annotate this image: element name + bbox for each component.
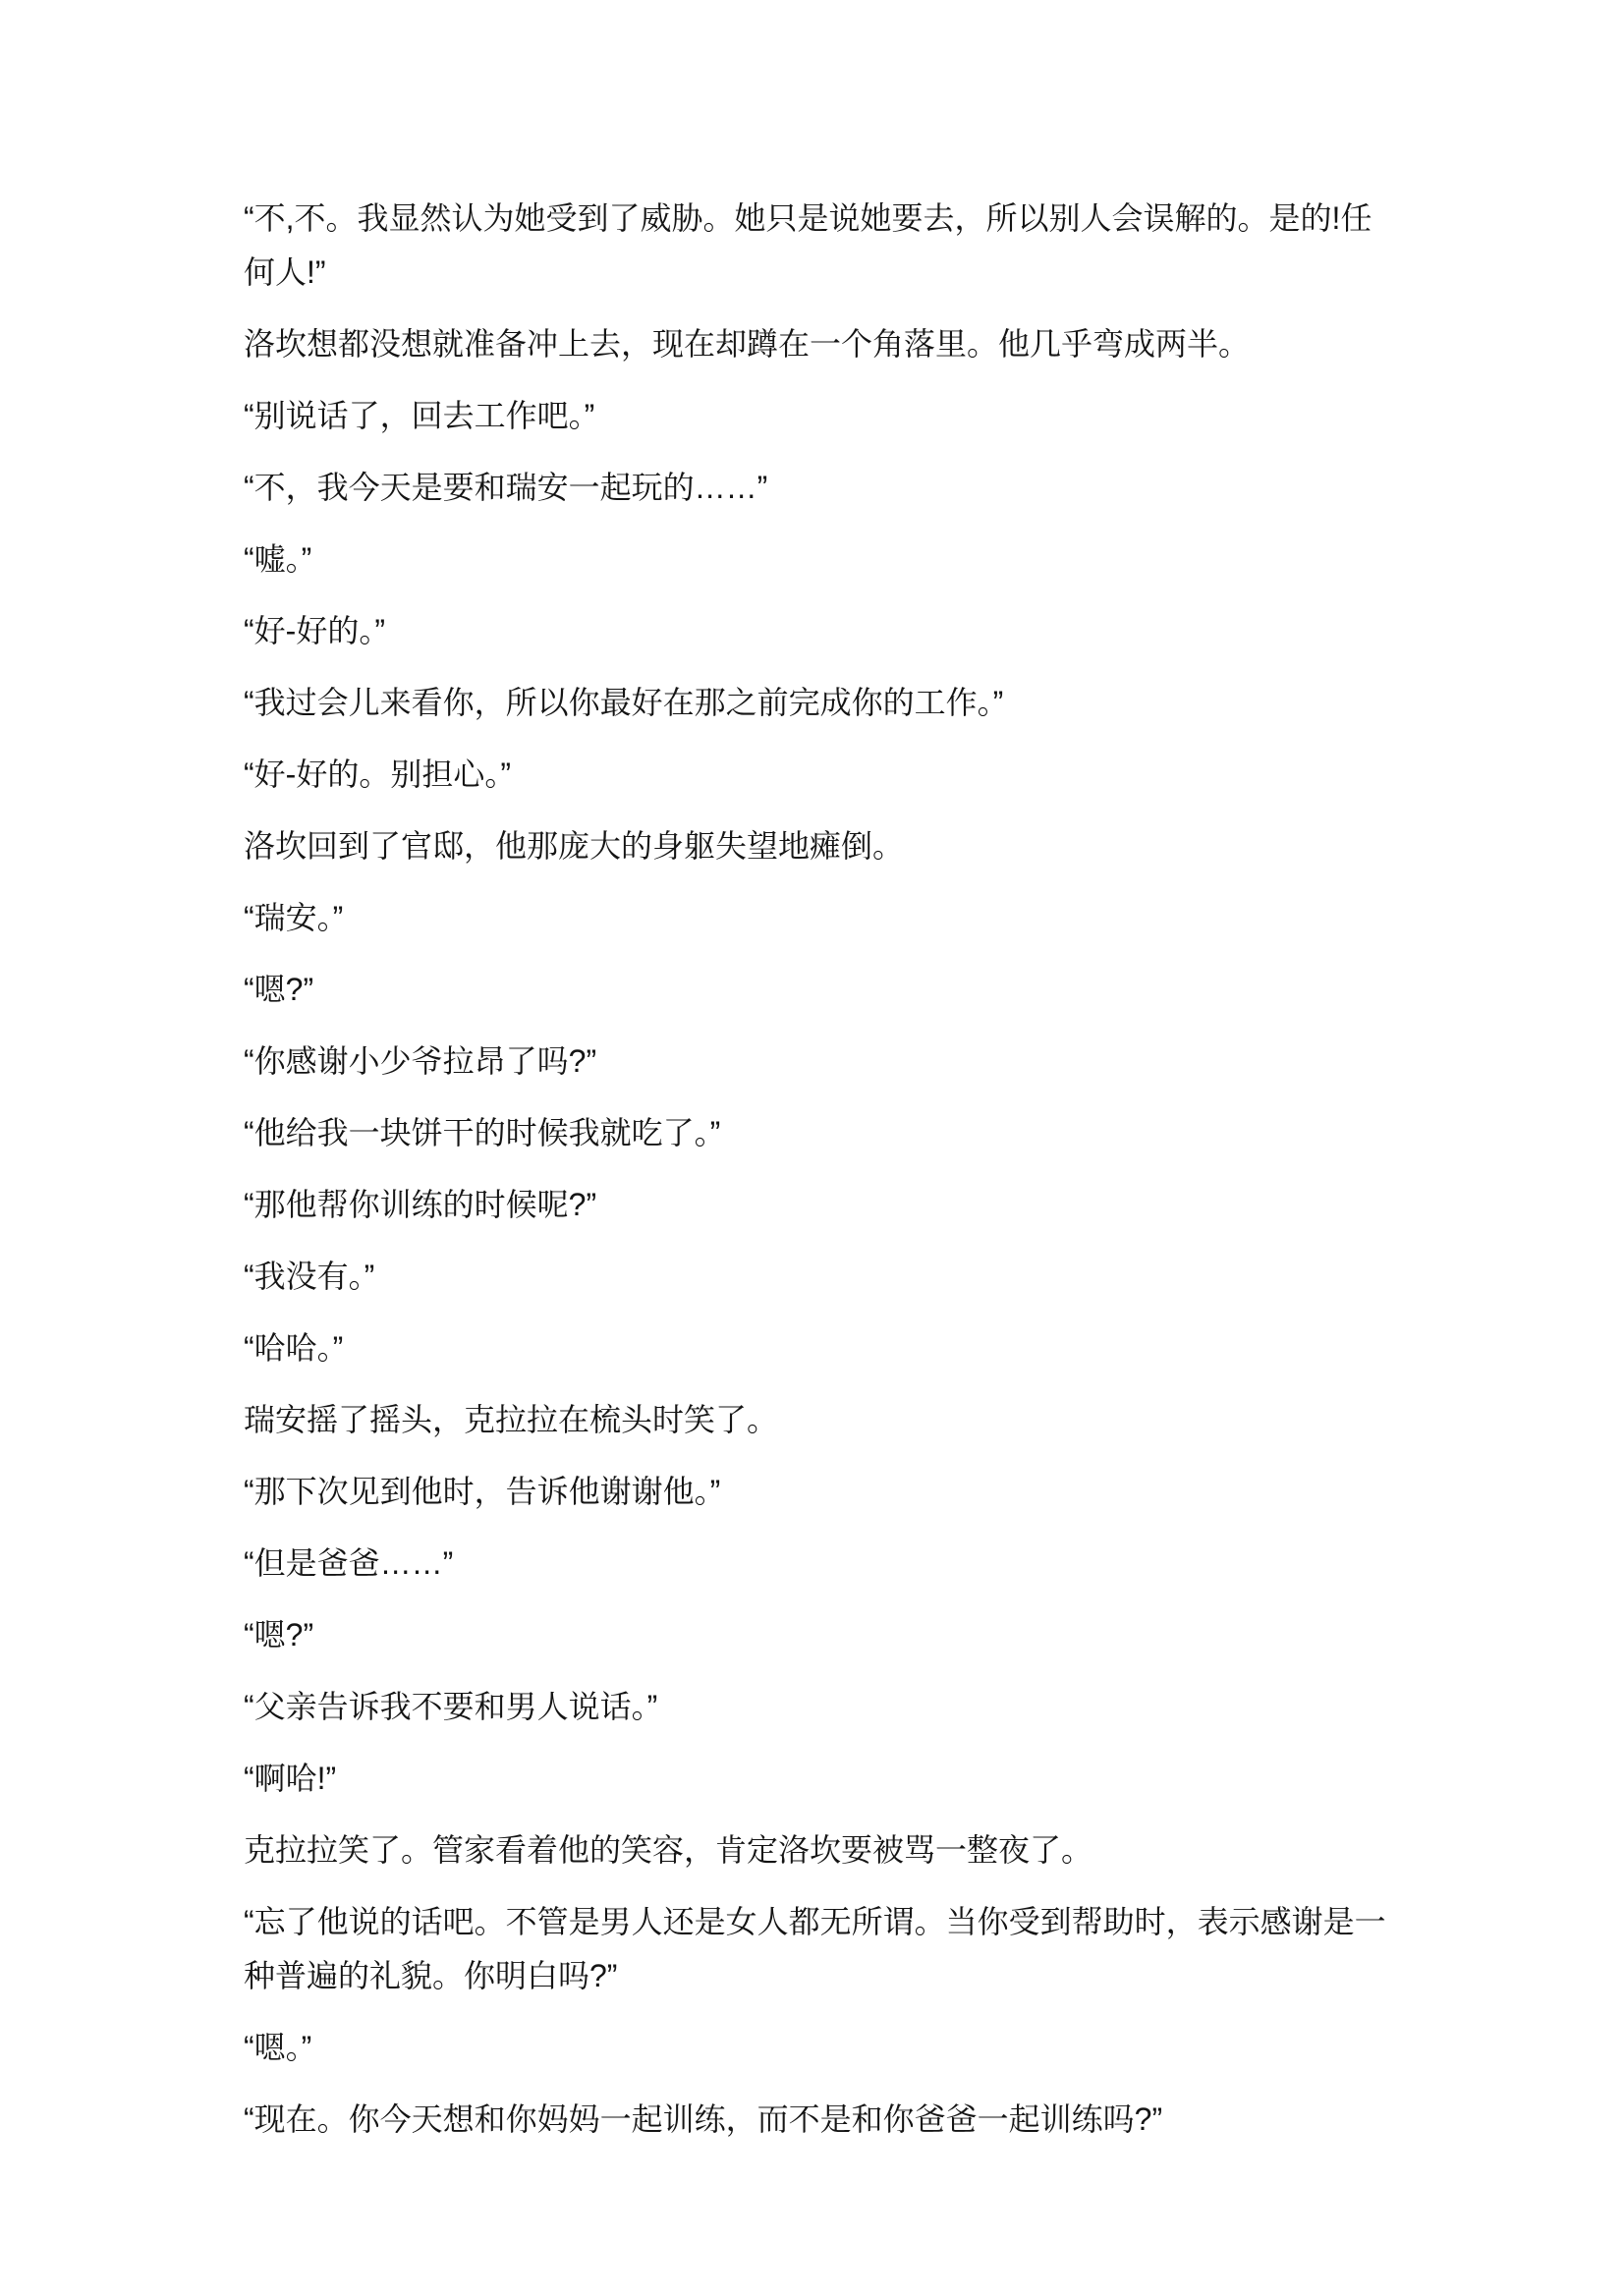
paragraph: “父亲告诉我不要和男人说话。” bbox=[244, 1680, 1393, 1734]
paragraph: “瑞安。” bbox=[244, 891, 1393, 945]
paragraph: 洛坎想都没想就准备冲上去，现在却蹲在一个角落里。他几乎弯成两半。 bbox=[244, 317, 1393, 371]
paragraph: “那下次见到他时，告诉他谢谢他。” bbox=[244, 1465, 1393, 1519]
paragraph: “哈哈。” bbox=[244, 1321, 1393, 1375]
paragraph: “别说话了，回去工作吧。” bbox=[244, 389, 1393, 443]
paragraph: “你感谢小少爷拉昂了吗?” bbox=[244, 1035, 1393, 1089]
paragraph: “不,不。我显然认为她受到了威胁。她只是说她要去，所以别人会误解的。是的!任何人… bbox=[244, 192, 1393, 300]
paragraph: “好-好的。别担心。” bbox=[244, 748, 1393, 802]
paragraph: 瑞安摇了摇头，克拉拉在梳头时笑了。 bbox=[244, 1393, 1393, 1447]
paragraph: “但是爸爸……” bbox=[244, 1537, 1393, 1591]
paragraph: “啊哈!” bbox=[244, 1752, 1393, 1806]
paragraph: “嗯?” bbox=[244, 1608, 1393, 1662]
paragraph: 洛坎回到了官邸，他那庞大的身躯失望地瘫倒。 bbox=[244, 819, 1393, 873]
paragraph: “他给我一块饼干的时候我就吃了。” bbox=[244, 1106, 1393, 1160]
paragraph: “忘了他说的话吧。不管是男人还是女人都无所谓。当你受到帮助时，表示感谢是一种普遍… bbox=[244, 1895, 1393, 2003]
paragraph: “好-好的。” bbox=[244, 604, 1393, 658]
paragraph: “不，我今天是要和瑞安一起玩的……” bbox=[244, 461, 1393, 515]
paragraph: “嗯?” bbox=[244, 963, 1393, 1017]
document-page: “不,不。我显然认为她受到了威胁。她只是说她要去，所以别人会误解的。是的!任何人… bbox=[0, 0, 1624, 2296]
paragraph: “我过会儿来看你，所以你最好在那之前完成你的工作。” bbox=[244, 676, 1393, 730]
paragraph: “我没有。” bbox=[244, 1250, 1393, 1304]
paragraph: “嗯。” bbox=[244, 2021, 1393, 2075]
paragraph: “嘘。” bbox=[244, 532, 1393, 587]
paragraph: “那他帮你训练的时候呢?” bbox=[244, 1178, 1393, 1232]
paragraph: “现在。你今天想和你妈妈一起训练，而不是和你爸爸一起训练吗?” bbox=[244, 2093, 1393, 2147]
paragraph: 克拉拉笑了。管家看着他的笑容，肯定洛坎要被骂一整夜了。 bbox=[244, 1823, 1393, 1877]
